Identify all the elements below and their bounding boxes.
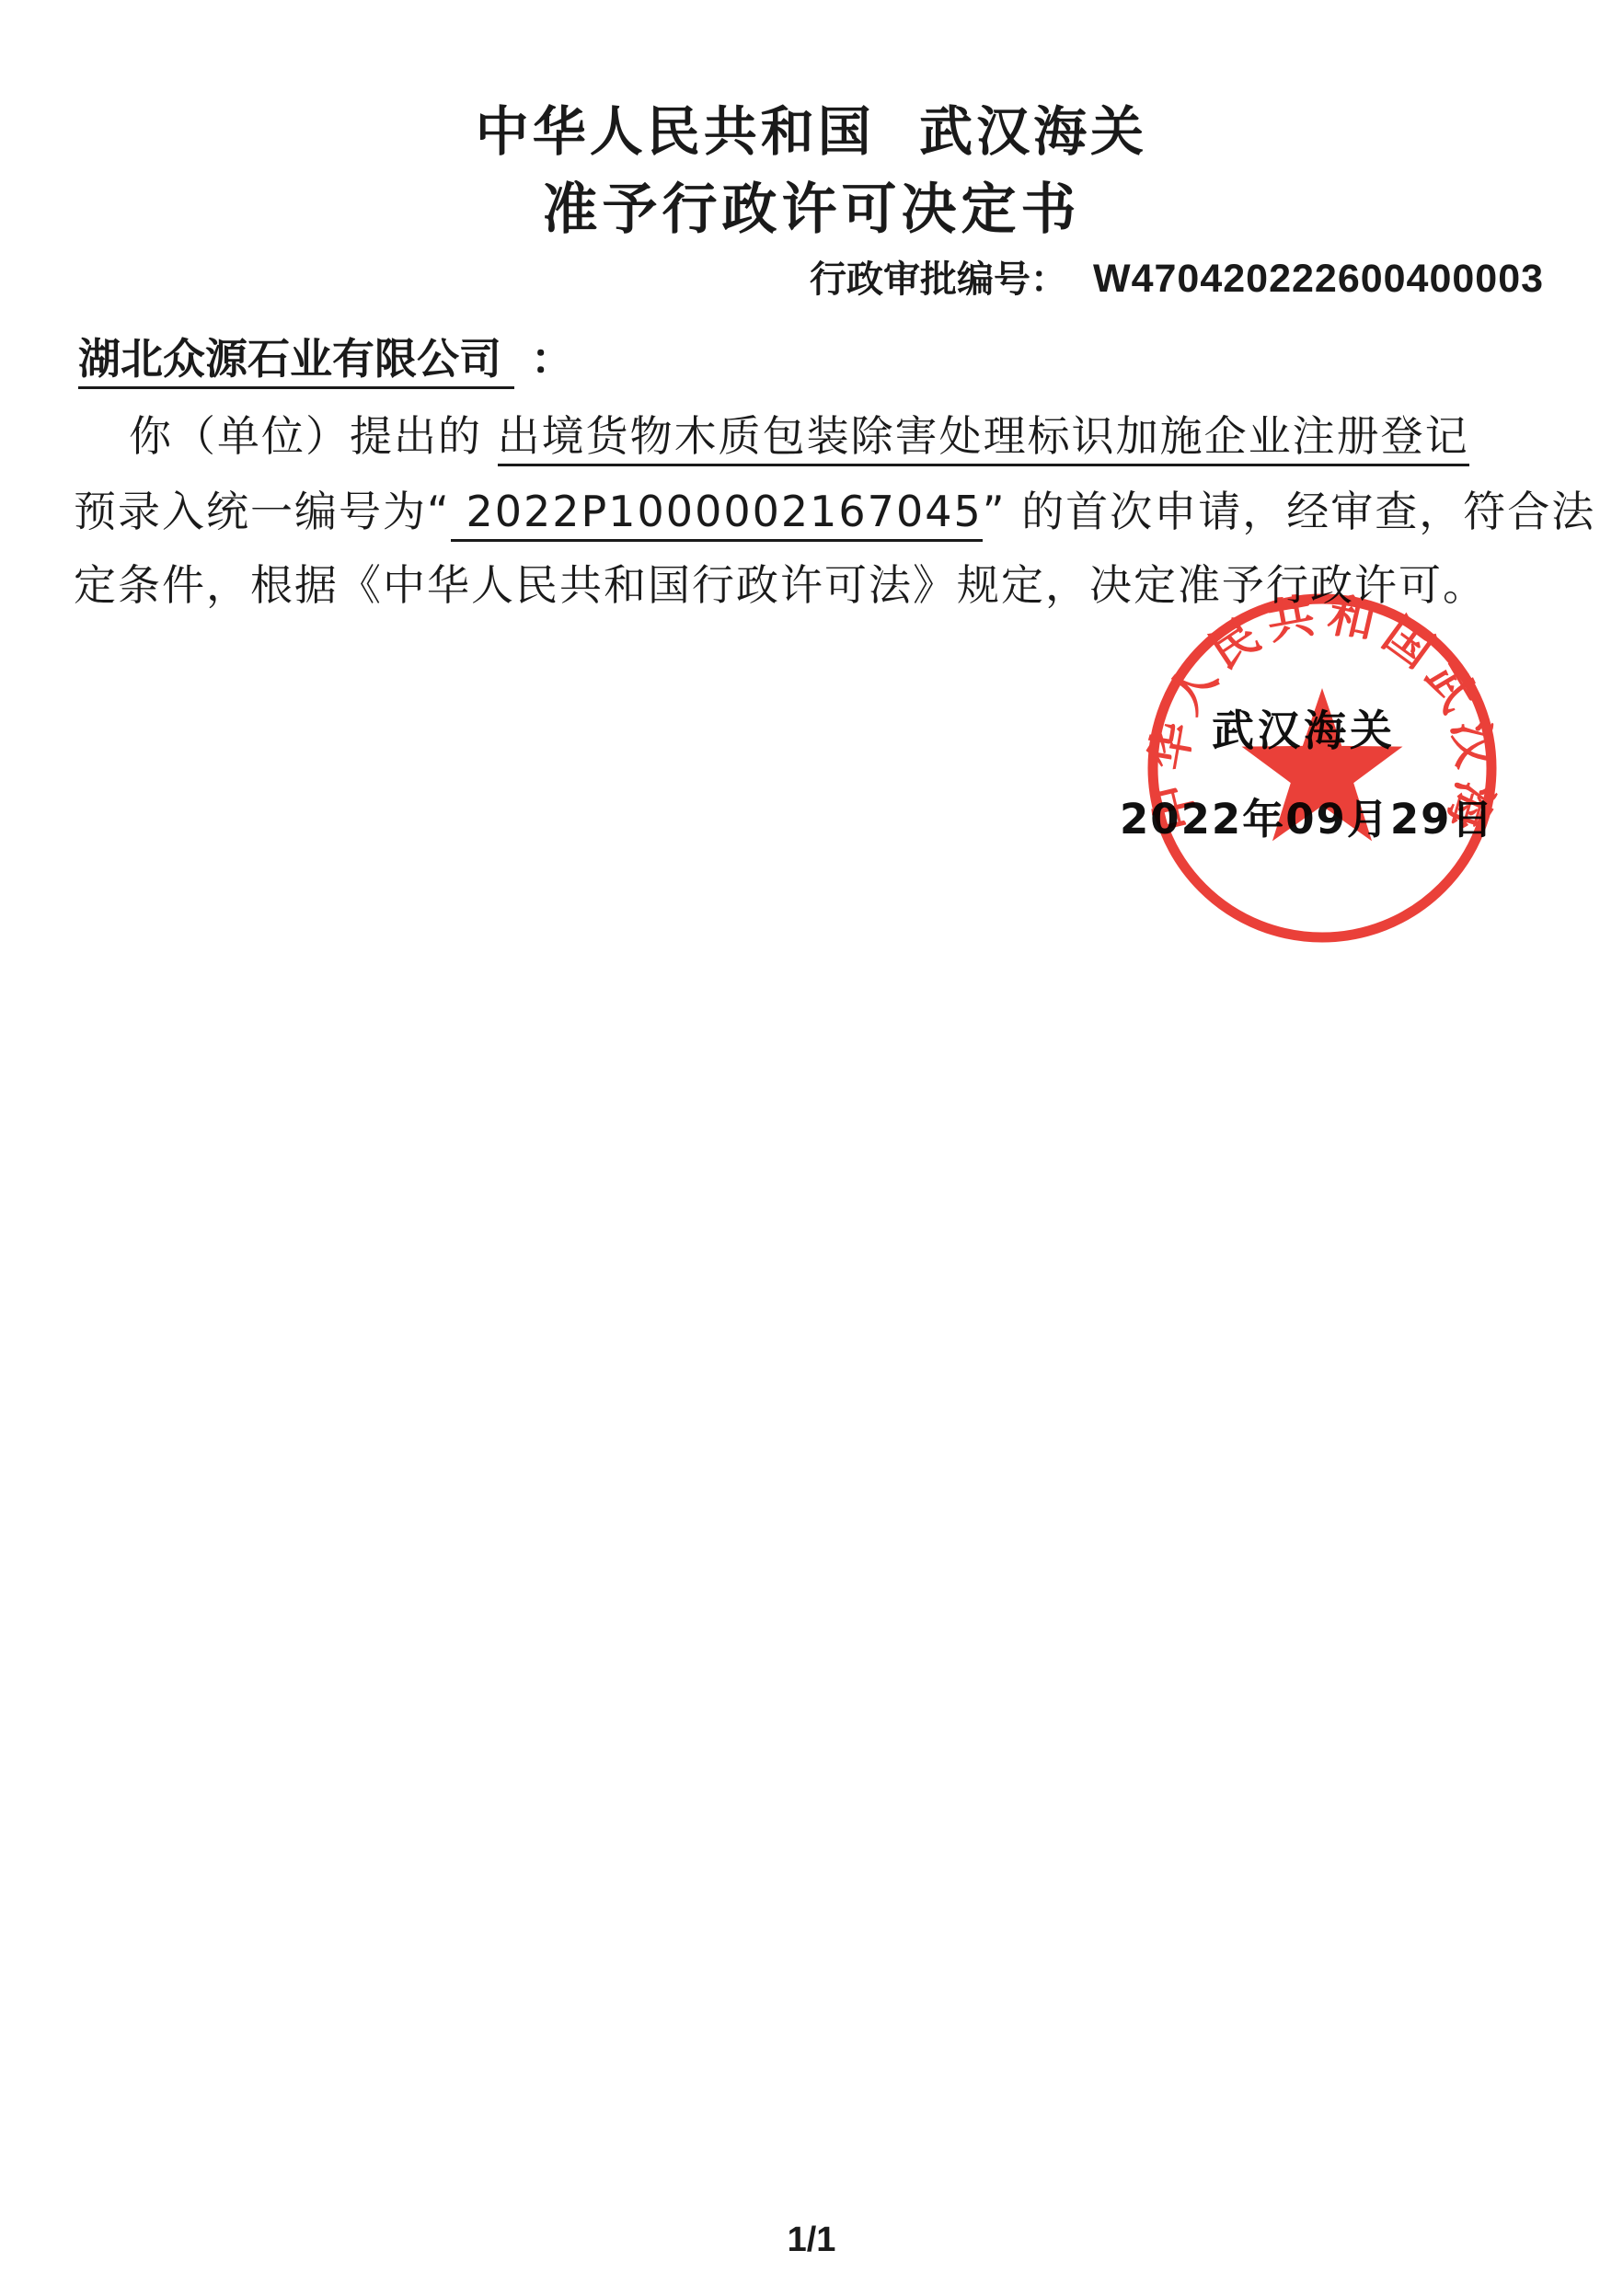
body-line1-license-item: 出境货物木质包装除害处理标识加施企业注册登记 <box>498 411 1469 466</box>
body-paragraph-line-3: 定条件，根据《中华人民共和国行政许可法》规定，决定准予行政许可。 <box>74 552 1583 613</box>
body-line2-suffix: ” 的首次申请，经审查，符合法 <box>983 487 1595 536</box>
recipient-company-name: 湖北众源石业有限公司 <box>78 334 514 389</box>
approval-number-line: 行政审批编号：W470420222600400003 <box>810 250 1544 303</box>
signature-date: 2022年09月29日 <box>1120 786 1488 845</box>
signature-block: 武汉海关 2022年09月29日 <box>1120 697 1488 845</box>
body-paragraph-line-1: 你（单位）提出的 出境货物木质包装除害处理标识加施企业注册登记 <box>74 403 1583 464</box>
recipient-colon: ： <box>531 334 573 384</box>
recipient-line: 湖北众源石业有限公司： <box>78 326 573 386</box>
approval-number-label: 行政审批编号： <box>810 258 1067 301</box>
license-decision-document: 中华人民共和国 武汉海关 准予行政许可决定书 行政审批编号：W470420222… <box>0 0 1623 2296</box>
document-title-type: 准予行政许可决定书 <box>0 166 1623 245</box>
signature-issuer: 武汉海关 <box>1120 697 1488 758</box>
body-line1-prefix: 你（单位）提出的 <box>129 411 498 461</box>
page-number: 1/1 <box>0 2221 1623 2260</box>
body-paragraph-line-2: 预录入统一编号为“ 2022P1000002167045” 的首次申请，经审查，… <box>74 478 1583 539</box>
body-line2-application-number: 2022P1000002167045 <box>451 487 983 542</box>
approval-number-value: W470420222600400003 <box>1093 257 1544 301</box>
body-line2-prefix: 预录入统一编号为“ <box>74 487 451 536</box>
document-title-authority: 中华人民共和国 武汉海关 <box>0 88 1623 166</box>
